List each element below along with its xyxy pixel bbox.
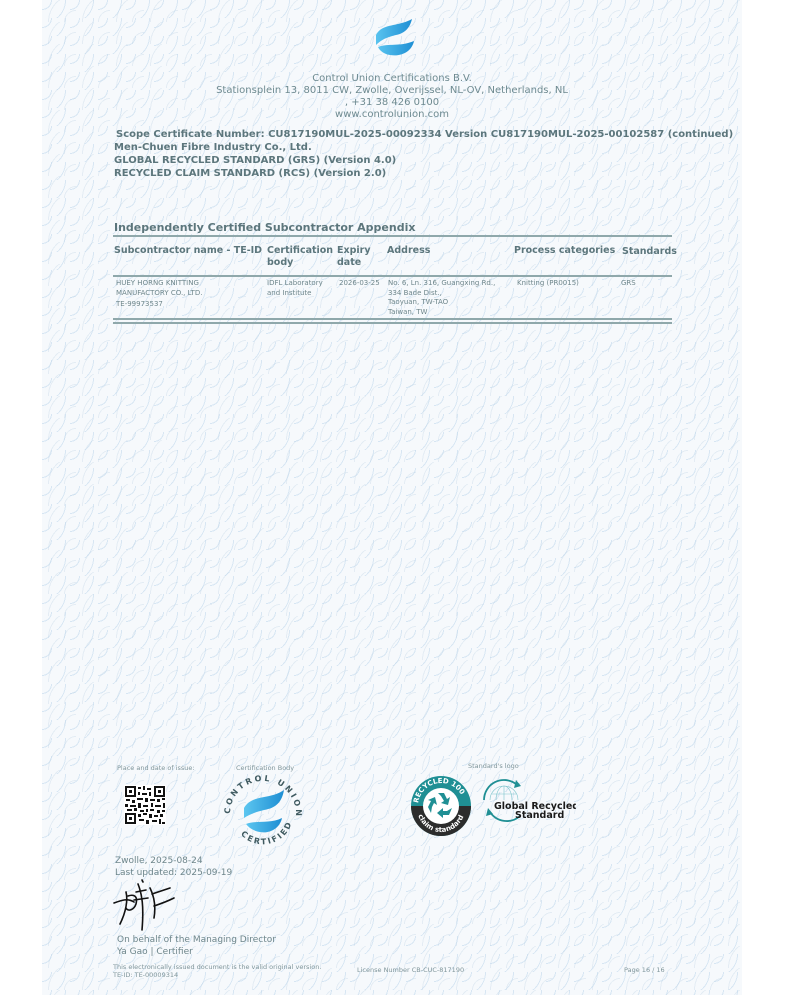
cell-address: No. 6, Ln. 316, Guangxing Rd., 334 Bade …	[388, 279, 495, 317]
row-divider	[113, 318, 672, 320]
address-line3: Taoyuan, TW-TAO	[388, 298, 495, 308]
place-date-of-issue: Zwolle, 2025-08-24	[115, 855, 203, 867]
place-label: Place and date of issue:	[117, 764, 195, 772]
svg-text:Standard: Standard	[515, 810, 564, 821]
license-number: License Number CB-CUC-817190	[357, 966, 464, 974]
subcontractor-name-line1: HUEY HORNG KNITTING	[116, 279, 202, 289]
col-header-expiry-line1: Expiry	[337, 245, 371, 257]
standards-logo-label: Standard's logo	[468, 762, 519, 770]
address-line2: 334 Bade Dist.,	[388, 289, 495, 299]
org-address: Stationsplein 13, 8011 CW, Zwolle, Overi…	[42, 85, 742, 97]
cell-process: Knitting (PR0015)	[517, 279, 579, 289]
appendix-title: Independently Certified Subcontractor Ap…	[114, 221, 415, 234]
col-header-cert-body-line1: Certification	[267, 245, 333, 257]
col-header-expiry-line2: date	[337, 257, 371, 269]
global-recycled-standard-logo-icon: Global Recycled Standard	[476, 776, 576, 828]
org-name: Control Union Certifications B.V.	[42, 73, 742, 85]
control-union-logo-icon	[372, 17, 418, 59]
title-divider	[113, 235, 672, 237]
page-number: Page 16 / 16	[624, 966, 665, 974]
col-header-standards: Standards	[622, 246, 677, 258]
org-phone: , +31 38 426 0100	[42, 97, 742, 109]
table-bottom-rule	[113, 322, 672, 324]
electronic-original-note: This electronically issued document is t…	[113, 963, 321, 971]
cert-body-label: Certification Body	[236, 764, 294, 772]
col-header-process: Process categories	[514, 245, 615, 257]
company-name: Men-Chuen Fibre Industry Co., Ltd.	[114, 141, 312, 154]
standard-grs: GLOBAL RECYCLED STANDARD (GRS) (Version …	[114, 154, 396, 167]
signature-icon	[112, 878, 182, 933]
header-divider	[113, 275, 672, 277]
subcontractor-name-line2: MANUFACTORY CO., LTD.	[116, 289, 202, 299]
cell-cert-body: IDFL Laboratory and Institute	[267, 279, 323, 298]
signer-name: Ya Gao | Certifier	[117, 946, 193, 958]
cert-body-line1: IDFL Laboratory	[267, 279, 323, 289]
footer-te-id: TE-ID: TE-00009314	[113, 971, 178, 979]
col-header-expiry: Expiry date	[337, 245, 371, 269]
address-line4: Taiwan, TW	[388, 308, 495, 318]
cell-standards: GRS	[621, 279, 636, 289]
scope-certificate-number: Scope Certificate Number: CU817190MUL-20…	[116, 128, 733, 141]
subcontractor-te-id: TE-99973537	[116, 300, 202, 310]
cell-subcontractor-name: HUEY HORNG KNITTING MANUFACTORY CO., LTD…	[116, 279, 202, 310]
col-header-cert-body: Certification body	[267, 245, 333, 269]
col-header-address: Address	[387, 245, 430, 257]
standard-rcs: RECYCLED CLAIM STANDARD (RCS) (Version 2…	[114, 167, 386, 180]
col-header-name: Subcontractor name - TE-ID	[114, 245, 262, 257]
control-union-certified-seal-icon: CONTROL UNION CERTIFIED	[220, 772, 306, 852]
org-website[interactable]: www.controlunion.com	[42, 109, 742, 121]
address-line1: No. 6, Ln. 316, Guangxing Rd.,	[388, 279, 495, 289]
cert-body-line2: and Institute	[267, 289, 323, 299]
qr-code-icon[interactable]	[124, 785, 166, 825]
svg-text:CONTROL UNION: CONTROL UNION	[223, 774, 303, 819]
cell-expiry: 2026-03-25	[339, 279, 380, 289]
on-behalf-text: On behalf of the Managing Director	[117, 934, 276, 946]
col-header-cert-body-line2: body	[267, 257, 333, 269]
recycled-claim-standard-logo-icon: RECYCLED 100 claim standard	[410, 775, 472, 837]
